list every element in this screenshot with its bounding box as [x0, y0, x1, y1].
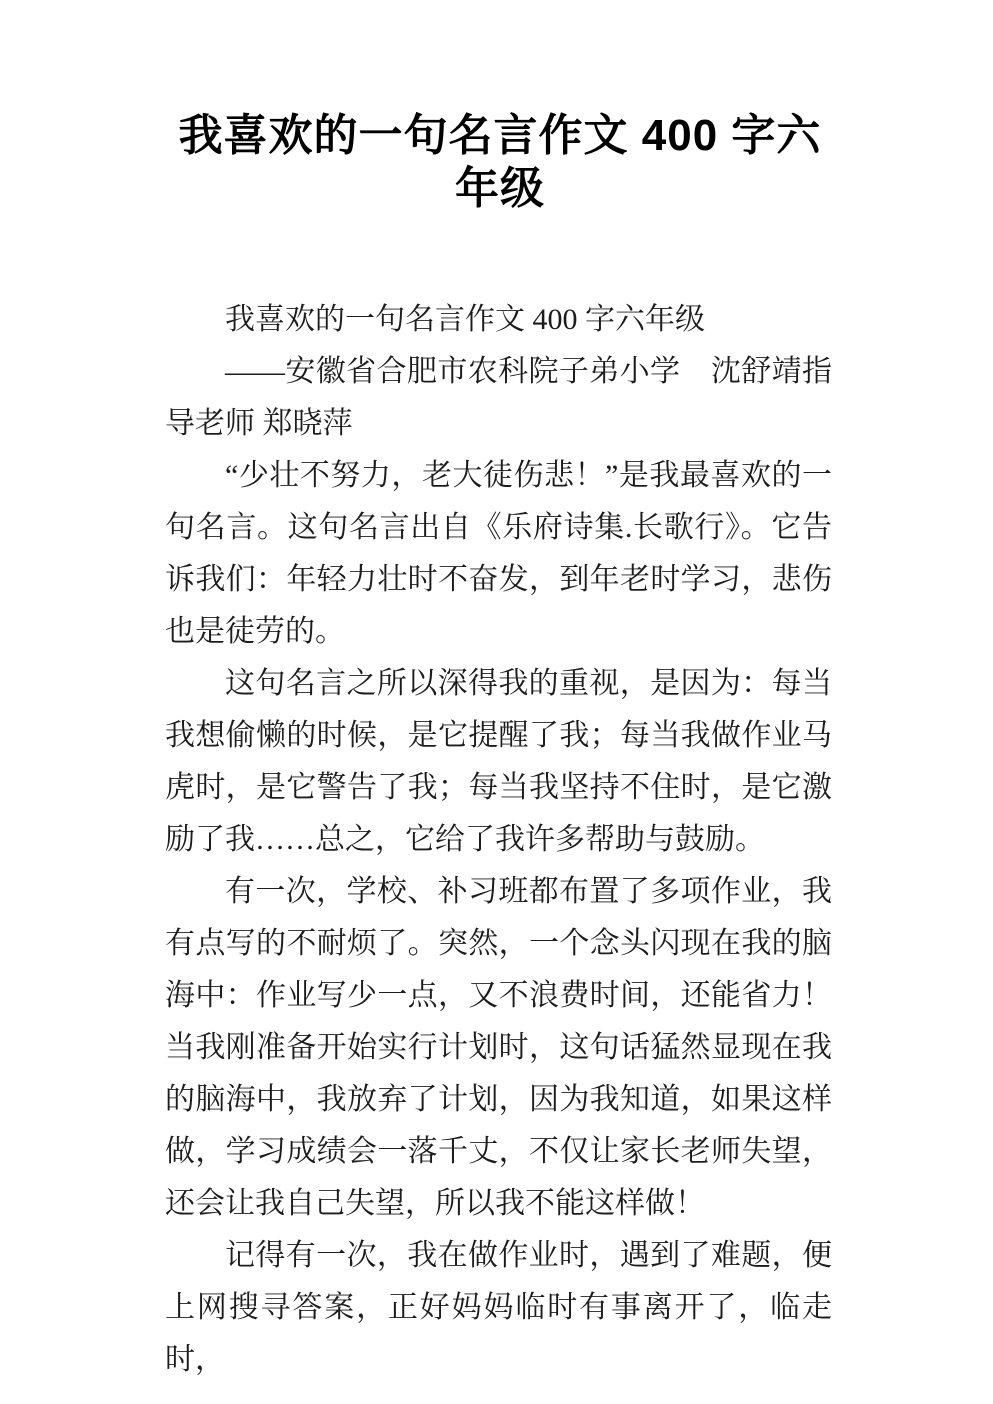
essay-byline: ——安徽省合肥市农科院子弟小学 沈舒靖指导老师 郑晓萍 [165, 346, 832, 450]
essay-body: 我喜欢的一句名言作文 400 字六年级 ——安徽省合肥市农科院子弟小学 沈舒靖指… [165, 294, 832, 1386]
page-title: 我喜欢的一句名言作文 400 字六年级 [165, 110, 835, 216]
essay-title-line: 我喜欢的一句名言作文 400 字六年级 [165, 294, 832, 346]
essay-paragraph-reasons: 这句名言之所以深得我的重视，是因为：每当我想偷懒的时候，是它提醒了我；每当我做作… [165, 658, 832, 866]
essay-paragraph-internet-search: 记得有一次，我在做作业时，遇到了难题，便上网搜寻答案，正好妈妈临时有事离开了，临… [165, 1230, 832, 1386]
document-page: 我喜欢的一句名言作文 400 字六年级 我喜欢的一句名言作文 400 字六年级 … [0, 0, 993, 1404]
essay-paragraph-quote-intro: “少壮不努力，老大徒伤悲！”是我最喜欢的一句名言。这句名言出自《乐府诗集.长歌行… [165, 450, 832, 658]
essay-paragraph-homework-plan: 有一次，学校、补习班都布置了多项作业，我有点写的不耐烦了。突然，一个念头闪现在我… [165, 866, 832, 1230]
